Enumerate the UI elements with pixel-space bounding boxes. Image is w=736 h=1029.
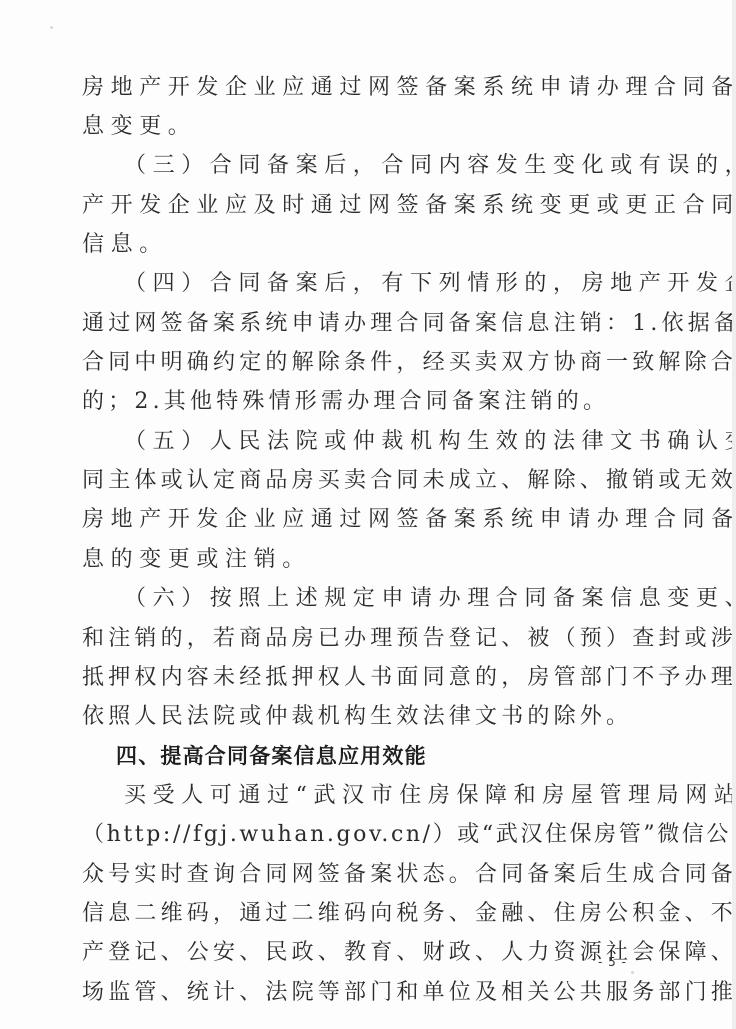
paragraph-start: 买受人可通过“武汉市住房保障和房屋管理局网站” [124,781,650,811]
text-line-url: （http://fgj.wuhan.gov.cn/）或“武汉住保房管”微信公 [82,820,650,850]
text-line: 通过网签备案系统申请办理合同备案信息注销：1.依据备案 [82,309,650,339]
paragraph-6-start: （六）按照上述规定申请办理合同备案信息变更、更正 [124,584,650,614]
text-line: 的；2.其他特殊情形需办理合同备案注销的。 [82,387,650,417]
text-line: 息的变更或注销。 [82,545,650,575]
text-line: 同主体或认定商品房买卖合同未成立、解除、撤销或无效的， [82,466,650,496]
text-line: 依照人民法院或仲裁机构生效法律文书的除外。 [82,702,650,732]
page-edge-shadow [732,0,736,1029]
text-line: 和注销的，若商品房已办理预告登记、被（预）查封或涉及 [82,624,650,654]
text-line: 房地产开发企业应通过网签备案系统申请办理合同备案信 [82,505,650,535]
scan-speck [511,948,514,951]
text-line: 息变更。 [82,112,650,142]
paragraph-4-start: （四）合同备案后，有下列情形的，房地产开发企业应 [124,269,650,299]
scan-speck [50,26,53,29]
text-line: 信息。 [82,230,650,260]
paragraph-5-start: （五）人民法院或仲裁机构生效的法律文书确认变更合 [124,427,650,457]
section-heading: 四、提高合同备案信息应用效能 [116,741,427,771]
text-line: 众号实时查询合同网签备案状态。合同备案后生成合同备案 [82,860,650,890]
page-number: - 5 - [598,955,627,969]
scan-speck [631,971,634,974]
text-line: 产登记、公安、民政、教育、财政、人力资源社会保障、市 [82,938,650,968]
text-line: 信息二维码，通过二维码向税务、金融、住房公积金、不动 [82,899,650,929]
text-line: 场监管、统计、法院等部门和单位及相关公共服务部门推送 [82,978,650,1008]
text-line: 合同中明确约定的解除条件，经买卖双方协商一致解除合同 [82,348,650,378]
text-line: 抵押权内容未经抵押权人书面同意的，房管部门不予办理， [82,663,650,693]
text-line: 产开发企业应及时通过网签备案系统变更或更正合同备案 [82,191,650,221]
document-page: 房地产开发企业应通过网签备案系统申请办理合同备案信 息变更。 （三）合同备案后，… [0,0,736,1029]
paragraph-3-start: （三）合同备案后，合同内容发生变化或有误的，房地 [124,151,650,181]
text-line: 房地产开发企业应通过网签备案系统申请办理合同备案信 [82,73,650,103]
